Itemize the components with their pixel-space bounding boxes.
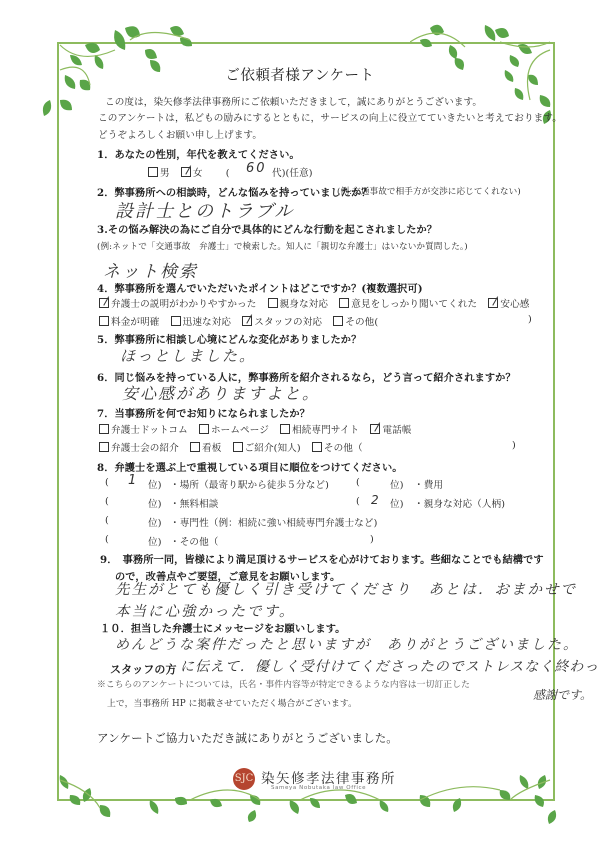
q8-other-close: ) <box>370 534 374 545</box>
q4-option-caring[interactable]: 親身な対応 <box>268 299 328 310</box>
q4-option-listened[interactable]: 意見をしっかり聞いてくれた <box>339 299 477 310</box>
checkbox[interactable] <box>312 442 322 452</box>
q7-option-bar-association[interactable]: 弁護士会の紹介 <box>99 443 179 454</box>
intro-line-1: この度は，染矢修孝法律事務所にご依頼いただきまして，誠にありがとうございます。 <box>105 94 482 108</box>
q7-close-paren: ) <box>512 440 516 451</box>
q8-rank-open: ( <box>356 496 360 507</box>
q8-item-other: ・その他（ <box>170 534 218 548</box>
q1-age-open: ( <box>226 168 230 179</box>
checkbox[interactable] <box>99 424 109 434</box>
q6-answer[interactable]: 安心感がありますよと。 <box>122 381 320 404</box>
q4-option-quick[interactable]: 迅速な対応 <box>171 317 231 328</box>
q3-label: 3.その悩み解決の為にご自分で具体的にどんな行動を起こされましたか？ <box>97 221 437 236</box>
q7-option-signboard[interactable]: 看板 <box>190 443 221 454</box>
q9-answer-line-2[interactable]: 本当に心強かったです。 <box>115 600 295 621</box>
q7-options-row-2: 弁護士会の紹介 看板 ご紹介(知人) その他（ <box>99 440 371 454</box>
law-office-subtitle: Sameya Nobutaka law Office <box>271 785 366 791</box>
q8-rank-suffix: 位) <box>390 477 404 491</box>
checkbox[interactable] <box>171 316 181 326</box>
q7-option-inheritance-site[interactable]: 相続専門サイト <box>280 425 359 436</box>
q7-option-referral[interactable]: ご紹介(知人) <box>233 443 301 454</box>
q3-example: (例:ネットで「交通事故 弁護士」で検索した。知人に「親切な弁護士」はいないか質… <box>97 240 468 252</box>
q8-rank-suffix: 位) <box>148 515 162 529</box>
q4-option-other[interactable]: その他( <box>333 317 378 328</box>
q5-label: 5．弊事務所に相談し心境にどんな変化がありましたか？ <box>97 331 361 346</box>
q1-age-value[interactable]: 60 <box>246 161 267 176</box>
q7-option-other[interactable]: その他（ <box>312 443 363 454</box>
q4-close-paren: ) <box>528 314 532 325</box>
q10-answer-line-2[interactable]: に伝えて．優しく受付けてくださったのでストレスなく終わって <box>180 656 600 676</box>
checkbox[interactable] <box>333 316 343 326</box>
q8-rank-open: ( <box>105 496 109 507</box>
q7-option-phonebook[interactable]: 電話帳 <box>370 425 411 436</box>
q8-rank-suffix: 位) <box>148 534 162 548</box>
q8-item-cost: ・費用 <box>414 477 443 491</box>
q8-rank-suffix: 位) <box>148 477 162 491</box>
checkbox[interactable] <box>190 442 200 452</box>
q8-rank-open: ( <box>105 534 109 545</box>
q7-option-bengoshi-dotcom[interactable]: 弁護士ドットコム <box>99 425 188 436</box>
q4-option-clear-explanation[interactable]: 弁護士の説明がわかりやすかった <box>99 299 256 310</box>
q8-label: 8．弁護士を選ぶ上で重視している項目に順位をつけてください。 <box>97 459 403 474</box>
q5-answer[interactable]: ほっとしました。 <box>120 345 256 366</box>
q1-option-female[interactable]: 女 <box>181 168 203 179</box>
q2-answer[interactable]: 設計士とのトラブル <box>115 197 294 223</box>
q8-rank-suffix: 位) <box>148 496 162 510</box>
q4-option-reassurance[interactable]: 安心感 <box>488 299 529 310</box>
q7-option-homepage[interactable]: ホームページ <box>199 425 269 436</box>
q8-rank-suffix: 位) <box>390 496 404 510</box>
notice-line-2: 上で，当事務所 HP に掲載させていただく場合がございます。 <box>107 696 357 709</box>
checkbox-checked[interactable] <box>488 298 498 308</box>
q8-rank-open: ( <box>105 477 109 488</box>
q4-options-row-1: 弁護士の説明がわかりやすかった 親身な対応 意見をしっかり聞いてくれた 安心感 <box>99 296 537 310</box>
q9-answer-line-1[interactable]: 先生がとても優しく引き受けてくださり あとは．おまかせで <box>115 578 577 599</box>
checkbox[interactable] <box>268 298 278 308</box>
q10-answer-printed: スタッフの方 <box>110 661 177 677</box>
q8-item-location: ・場所（最寄り駅から徒歩５分など) <box>170 477 329 491</box>
q7-options-row-1: 弁護士ドットコム ホームページ 相続専門サイト 電話帳 <box>99 422 420 436</box>
q8-rank-caring[interactable]: 2 <box>371 493 381 507</box>
q1-age-suffix: 代)(任意) <box>272 165 313 179</box>
page-title: ご依頼者様アンケート <box>0 64 600 85</box>
closing-message: アンケートご協力いただき誠にありがとうございました。 <box>97 730 398 746</box>
checkbox-checked[interactable] <box>370 424 380 434</box>
q8-rank-open: ( <box>105 515 109 526</box>
checkbox-checked[interactable] <box>99 298 109 308</box>
checkbox-male[interactable] <box>148 167 158 177</box>
q10-answer-line-1[interactable]: めんどうな案件だったと思いますが ありがとうございました。 <box>115 634 579 654</box>
q1-options: 男 女 ( <box>148 165 230 179</box>
checkbox-checked[interactable] <box>242 316 252 326</box>
checkbox[interactable] <box>199 424 209 434</box>
law-office-logo-icon: SJC <box>233 768 255 790</box>
checkbox[interactable] <box>280 424 290 434</box>
q4-option-clear-fees[interactable]: 料金が明確 <box>99 317 159 328</box>
q1-option-male[interactable]: 男 <box>148 168 170 179</box>
checkbox-female-checked[interactable] <box>181 167 191 177</box>
notice-line-1: ※こちらのアンケートについては，氏名・事件内容等が特定できるような内容は一切訂正… <box>97 677 470 690</box>
intro-line-2: このアンケートは，私どもの励みにするとともに，サービスの向上に役立てていきたいと… <box>98 110 562 124</box>
q10-label: １０．担当した弁護士にメッセージをお願いします。 <box>100 620 345 635</box>
q1-label: 1．あなたの性別，年代を教えてください。 <box>97 146 300 161</box>
frame-left-line <box>57 42 59 801</box>
q4-option-staff[interactable]: スタッフの対応 <box>242 317 322 328</box>
q4-options-row-2: 料金が明確 迅速な対応 スタッフの対応 その他( <box>99 314 386 328</box>
checkbox[interactable] <box>99 316 109 326</box>
q7-label: 7．当事務所を何でお知りになられましたか？ <box>97 405 310 420</box>
q9-label-line-1: 9． 事務所一同，皆様により満足頂けるサービスを心がけております。些細なことでも… <box>100 551 544 566</box>
q8-rank-location[interactable]: 1 <box>128 473 138 488</box>
q4-label: 4．弊事務所を選んでいただいたポイントはどこですか？(複数選択可) <box>97 280 423 295</box>
q8-item-caring: ・親身な対応（人柄) <box>414 496 505 510</box>
checkbox[interactable] <box>339 298 349 308</box>
checkbox[interactable] <box>99 442 109 452</box>
checkbox[interactable] <box>233 442 243 452</box>
q8-item-free-consult: ・無料相談 <box>170 496 218 510</box>
q2-example: (例:交通事故で相手方が交渉に応じてくれない) <box>337 185 521 197</box>
intro-line-3: どうぞよろしくお願い申し上げます。 <box>98 127 262 141</box>
q8-rank-open: ( <box>356 477 360 488</box>
q3-answer[interactable]: ネット検索 <box>103 257 198 282</box>
q10-answer-line-3[interactable]: 感謝です。 <box>533 686 592 703</box>
law-office-name: 染矢修孝法律事務所 <box>261 767 396 787</box>
q8-item-expertise: ・専門性（例：相続に強い相続専門弁護士など) <box>170 515 377 529</box>
